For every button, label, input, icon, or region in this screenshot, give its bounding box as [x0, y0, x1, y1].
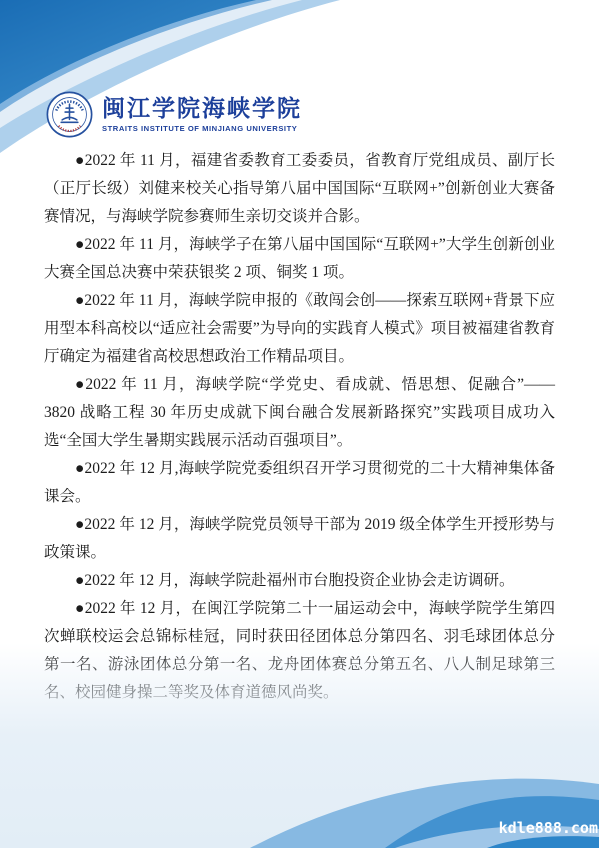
top-corner-decoration — [0, 0, 599, 170]
news-paragraph: ●2022 年 12 月,海峡学院党委组织召开学习贯彻党的二十大精神集体备课会。 — [44, 455, 555, 511]
university-subtitle: STRAITS INSTITUTE OF MINJIANG UNIVERSITY — [102, 124, 302, 133]
page-header: 闽江学院海峡学院 STRAITS INSTITUTE OF MINJIANG U… — [46, 91, 302, 138]
university-title: 闽江学院海峡学院 — [102, 96, 302, 122]
news-paragraph: ●2022 年 11 月，海峡学子在第八届中国国际“互联网+”大学生创新创业大赛… — [44, 231, 555, 287]
news-paragraph: ●2022 年 11 月，海峡学院申报的《敢闯会创——探索互联网+背景下应用型本… — [44, 287, 555, 371]
news-paragraph: ●2022 年 12 月，海峡学院党员领导干部为 2019 级全体学生开授形势与… — [44, 511, 555, 567]
news-paragraph: ●2022 年 11 月，海峡学院“学党史、看成就、悟思想、促融合”——3820… — [44, 371, 555, 455]
university-seal-icon — [46, 91, 93, 138]
news-paragraph: ●2022 年 12 月，在闽江学院第二十一届运动会中，海峡学院学生第四次蝉联校… — [44, 595, 555, 707]
news-paragraph: ●2022 年 12 月，海峡学院赴福州市台胞投资企业协会走访调研。 — [44, 567, 555, 595]
watermark-text: kdle888.com — [499, 819, 598, 837]
news-list: ●2022 年 11 月，福建省委教育工委委员，省教育厅党组成员、副厅长（正厅长… — [44, 147, 555, 707]
news-paragraph: ●2022 年 11 月，福建省委教育工委委员，省教育厅党组成员、副厅长（正厅长… — [44, 147, 555, 231]
